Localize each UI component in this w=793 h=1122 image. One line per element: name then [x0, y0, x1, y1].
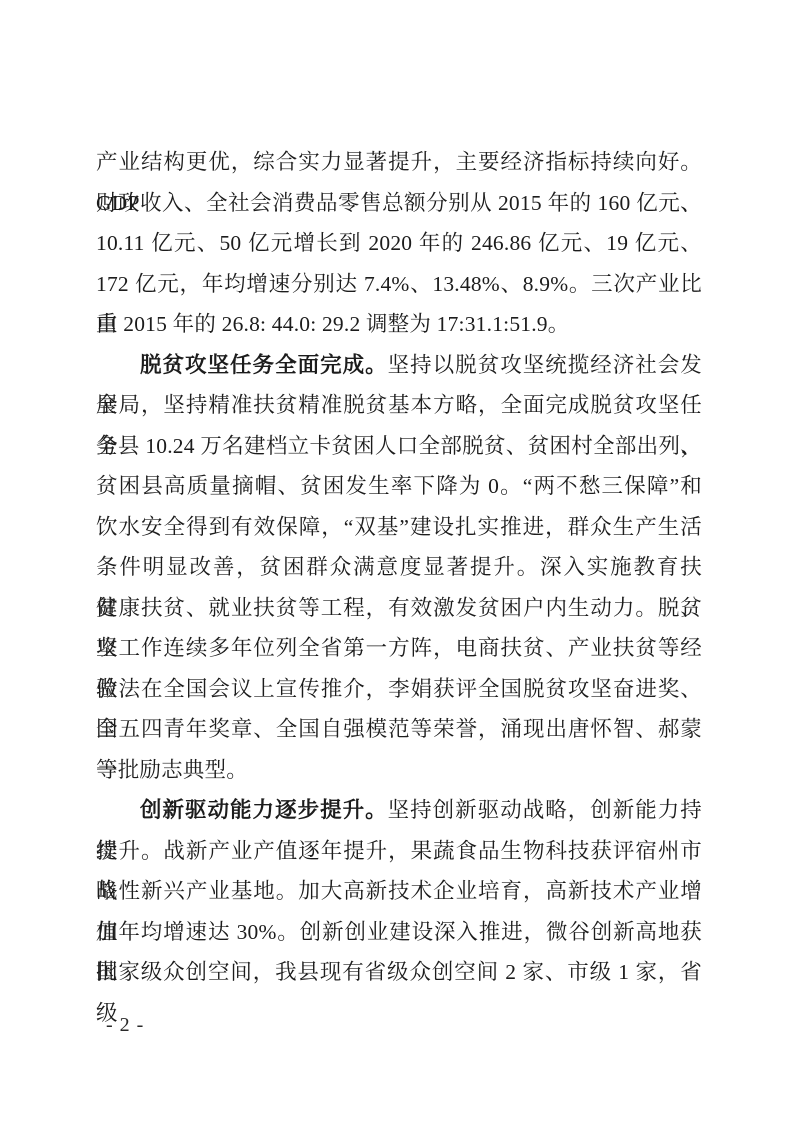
- text-line: 贫困县高质量摘帽、贫困发生率下降为 0。“两不愁三保障”和: [96, 466, 702, 507]
- text-line: 全局，坚持精准扶贫精准脱贫基本方略，全面完成脱贫攻坚任务，: [96, 385, 702, 426]
- text-line: 国五四青年奖章、全国自强模范等荣誉，涌现出唐怀智、郝蒙等: [96, 709, 702, 750]
- text-run: 贫困县高质量摘帽、贫困发生率下降为 0。“两不愁三保障”和: [96, 474, 702, 498]
- text-line: 健康扶贫、就业扶贫等工程，有效激发贫困户内生动力。脱贫攻: [96, 588, 702, 629]
- document-body: 产业结构更优，综合实力显著提升，主要经济指标持续向好。GDP、财政收入、全社会消…: [96, 142, 702, 993]
- text-line: 全县 10.24 万名建档立卡贫困人口全部脱贫、贫困村全部出列、: [96, 426, 702, 467]
- text-run: 全县 10.24 万名建档立卡贫困人口全部脱贫、贫困村全部出列、: [96, 434, 702, 458]
- text-line: 172 亿元，年均增速分别达 7.4%、13.48%、8.9%。三次产业比重: [96, 264, 702, 305]
- text-line: 脱贫攻坚任务全面完成。坚持以脱贫攻坚统揽经济社会发展: [96, 345, 702, 386]
- text-line: 饮水安全得到有效保障，“双基”建设扎实推进，群众生产生活: [96, 507, 702, 548]
- text-line: 坚工作连续多年位列全省第一方阵，电商扶贫、产业扶贫等经验: [96, 628, 702, 669]
- text-line: 做法在全国会议上宣传推介，李娟获评全国脱贫攻坚奋进奖、全: [96, 669, 702, 710]
- paragraph-lead-bold: 创新驱动能力逐步提升。: [140, 798, 388, 822]
- text-run: 10.11 亿元、50 亿元增长到 2020 年的 246.86 亿元、19 亿…: [96, 231, 702, 255]
- text-line: 国家级众创空间，我县现有省级众创空间 2 家、市级 1 家，省级: [96, 952, 702, 993]
- text-run: 饮水安全得到有效保障，“双基”建设扎实推进，群众生产生活: [96, 515, 702, 539]
- text-line: 略性新兴产业基地。加大高新技术企业培育，高新技术产业增加: [96, 871, 702, 912]
- text-run: 国家级众创空间，我县现有省级众创空间 2 家、市级 1 家，省级: [96, 960, 702, 1025]
- text-run: 由 2015 年的 26.8: 44.0: 29.2 调整为 17:31.1:5…: [96, 312, 569, 336]
- text-line: 条件明显改善，贫困群众满意度显著提升。深入实施教育扶贫、: [96, 547, 702, 588]
- text-line: 值年均增速达 30%。创新创业建设深入推进，微谷创新高地获批: [96, 912, 702, 953]
- document-page: 产业结构更优，综合实力显著提升，主要经济指标持续向好。GDP、财政收入、全社会消…: [0, 0, 793, 1122]
- paragraph-lead-bold: 脱贫攻坚任务全面完成。: [140, 353, 388, 377]
- text-line: 财政收入、全社会消费品零售总额分别从 2015 年的 160 亿元、: [96, 183, 702, 224]
- text-run: 财政收入、全社会消费品零售总额分别从 2015 年的 160 亿元、: [96, 191, 702, 215]
- text-line: 产业结构更优，综合实力显著提升，主要经济指标持续向好。GDP、: [96, 142, 702, 183]
- text-run: 一批励志典型。: [96, 758, 248, 782]
- text-line: 由 2015 年的 26.8: 44.0: 29.2 调整为 17:31.1:5…: [96, 304, 702, 345]
- text-line: 一批励志典型。: [96, 750, 702, 791]
- text-line: 创新驱动能力逐步提升。坚持创新驱动战略，创新能力持续: [96, 790, 702, 831]
- text-line: 提升。战新产业产值逐年提升，果蔬食品生物科技获评宿州市战: [96, 831, 702, 872]
- text-line: 10.11 亿元、50 亿元增长到 2020 年的 246.86 亿元、19 亿…: [96, 223, 702, 264]
- page-number: - 2 -: [106, 1012, 144, 1038]
